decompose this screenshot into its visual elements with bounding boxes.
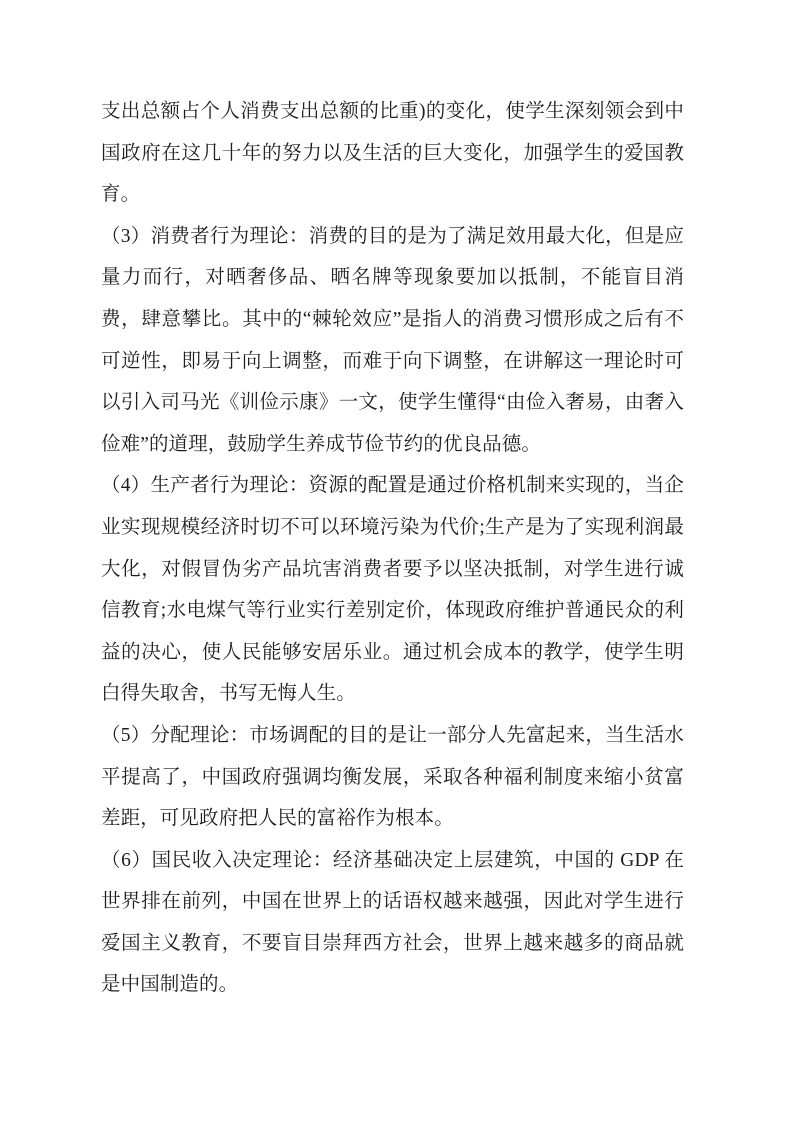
- paragraph-4-producer-behavior-theory: （4）生产者行为理论：资源的配置是通过价格机制来实现的，当企业实现规模经济时切不…: [101, 465, 684, 715]
- paragraph-6-national-income-theory: （6）国民收入决定理论：经济基础决定上层建筑，中国的 GDP 在世界排在前列，中…: [101, 840, 684, 1006]
- paragraph-3-consumer-behavior-theory: （3）消费者行为理论：消费的目的是为了满足效用最大化，但是应量力而行，对晒奢侈品…: [101, 216, 684, 466]
- paragraph-intro-continuation: 支出总额占个人消费支出总额的比重)的变化，使学生深刻领会到中国政府在这几十年的努…: [101, 91, 684, 216]
- document-page: 支出总额占个人消费支出总额的比重)的变化，使学生深刻领会到中国政府在这几十年的努…: [0, 0, 794, 1123]
- paragraph-5-distribution-theory: （5）分配理论：市场调配的目的是让一部分人先富起来，当生活水平提高了，中国政府强…: [101, 715, 684, 840]
